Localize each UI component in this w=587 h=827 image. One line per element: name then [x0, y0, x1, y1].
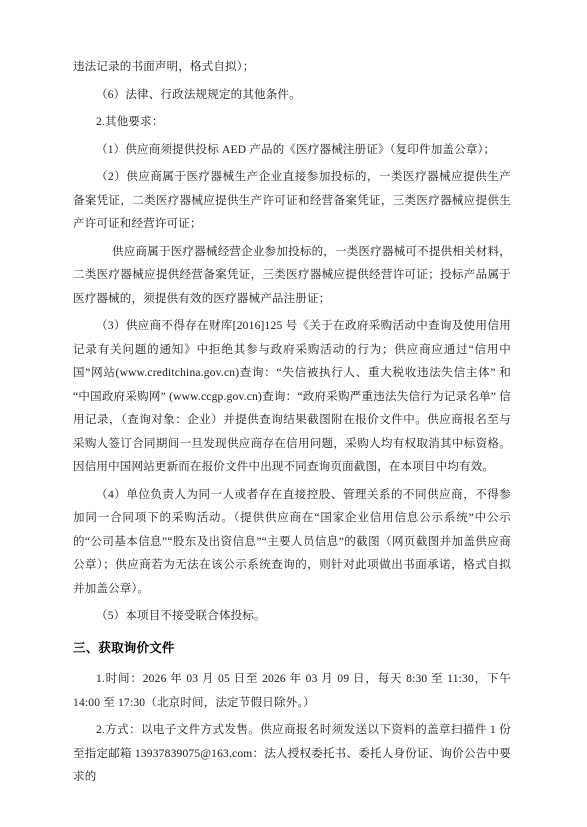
document-page: 违法记录的书面声明，格式自拟）； （6）法律、行政法规规定的其他条件。 2.其他… [0, 0, 587, 827]
document-body: 违法记录的书面声明，格式自拟）； （6）法律、行政法规规定的其他条件。 2.其他… [73, 52, 511, 794]
para-other-requirements-label: 2.其他要求： [73, 111, 511, 135]
para-req-2-dealer-qualifications: 供应商属于医疗器械经营企业参加投标的，一类医疗器械可不提供相关材料，二类医疗器械… [73, 241, 511, 312]
para-time-info: 1.时间：2026 年 03 月 05 日至 2026 年 03 月 09 日，… [73, 668, 511, 715]
para-method-info: 2.方式：以电子文件方式发售。供应商报名时须发送以下资料的盖章扫描件 1 份至指… [73, 719, 511, 790]
para-req-3-credit-records: （3）供应商不得存在财库[2016]125 号《关于在政府采购活动中查询及使用信… [73, 315, 511, 480]
section-heading-obtain-inquiry-document: 三、获取询价文件 [73, 637, 511, 661]
para-req-5-no-consortium: （5）本项目不接受联合体投标。 [73, 605, 511, 629]
para-item-6-legal-other-conditions: （6）法律、行政法规规定的其他条件。 [73, 84, 511, 108]
para-req-4-related-suppliers: （4）单位负责人为同一人或者存在直接控股、管理关系的不同供应商，不得参加同一合同… [73, 484, 511, 602]
para-req-1-aed-registration-cert: （1）供应商须提供投标 AED 产品的《医疗器械注册证》（复印件加盖公章）； [73, 139, 511, 163]
para-req-2-manufacturer-qualifications: （2）供应商属于医疗器械生产企业直接参加投标的，一类医疗器械应提供生产备案凭证，… [73, 166, 511, 237]
para-written-statement-continuation: 违法记录的书面声明，格式自拟）； [73, 56, 511, 80]
